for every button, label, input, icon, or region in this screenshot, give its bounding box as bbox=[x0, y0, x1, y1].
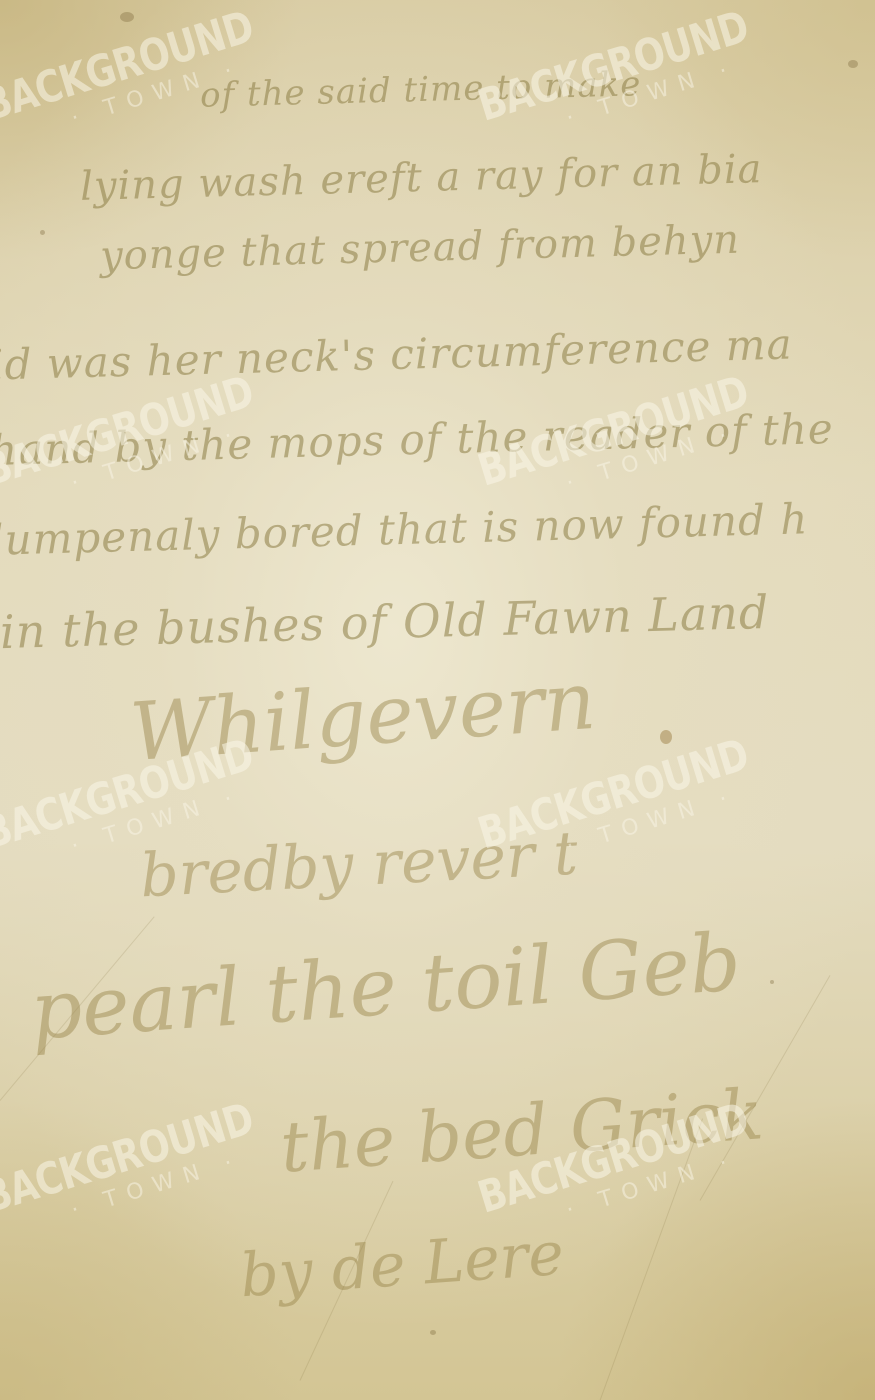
script-flourish: bredby rever t bbox=[138, 819, 579, 912]
script-line: in the bushes of Old Fawn Land bbox=[0, 585, 770, 659]
script-line: hand by the mops of the reader of the bbox=[0, 404, 834, 475]
texture-speck bbox=[848, 60, 858, 68]
script-flourish: the bed Grick bbox=[278, 1073, 766, 1189]
watermark-main: BACKGROUND bbox=[0, 1098, 251, 1223]
watermark-sub: · TOWN · bbox=[68, 1126, 314, 1223]
script-line: lumpenaly bored that is now found h bbox=[0, 494, 809, 564]
texture-speck bbox=[770, 980, 774, 984]
script-line: id was her neck's circumference ma bbox=[0, 320, 793, 390]
watermark-sub: · TOWN · bbox=[563, 762, 809, 859]
texture-speck bbox=[40, 230, 45, 235]
script-line: of the said time to make bbox=[200, 64, 642, 116]
texture-speck bbox=[430, 1330, 436, 1335]
parchment-background: of the said time to make lying wash eref… bbox=[0, 0, 875, 1400]
script-line: lying wash ereft a ray for an bia bbox=[80, 146, 764, 210]
texture-speck bbox=[660, 730, 672, 744]
script-flourish: Whilgevern bbox=[127, 654, 598, 779]
script-line: yonge that spread from behyn bbox=[100, 217, 741, 280]
texture-speck bbox=[120, 12, 134, 22]
script-flourish: by de Lere bbox=[238, 1219, 566, 1311]
